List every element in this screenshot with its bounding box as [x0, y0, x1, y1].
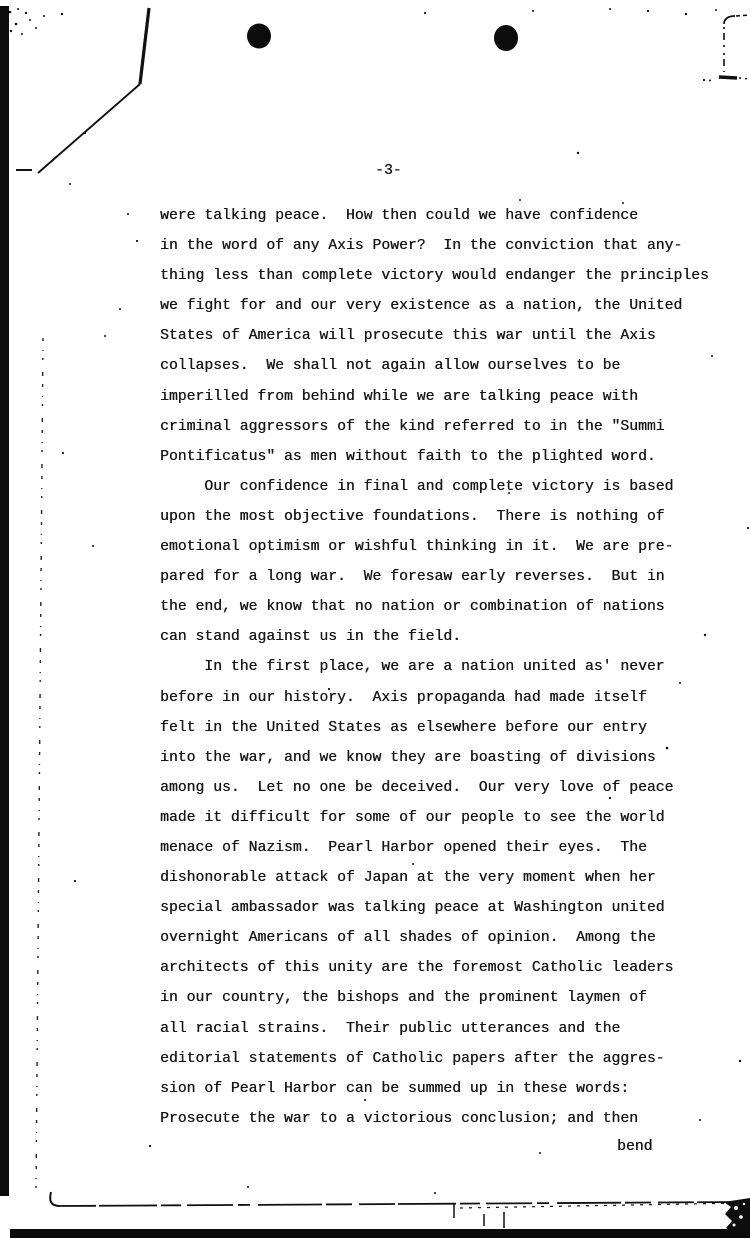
text-line: imperilled from behind while we are talk…	[160, 382, 709, 412]
text-line: made it difficult for some of our people…	[160, 803, 709, 833]
text-line: Our confidence in final and complete vic…	[160, 472, 709, 502]
text-line: the end, we know that no nation or combi…	[160, 592, 709, 622]
text-line: before in our history. Axis propaganda h…	[160, 683, 709, 713]
text-line: among us. Let no one be deceived. Our ve…	[160, 773, 709, 803]
text-line: criminal aggressors of the kind referred…	[160, 412, 709, 442]
crease-line-diagonal	[38, 84, 140, 173]
fold-dotted-line	[36, 338, 43, 1192]
text-line: States of America will prosecute this wa…	[160, 321, 709, 351]
text-line: upon the most objective foundations. The…	[160, 502, 709, 532]
text-line: editorial statements of Catholic papers …	[160, 1044, 709, 1074]
hole-punch-left	[247, 24, 271, 49]
text-line: were talking peace. How then could we ha…	[160, 201, 709, 231]
text-line: into the war, and we know they are boast…	[160, 743, 709, 773]
bottom-crease-line	[50, 1192, 744, 1228]
text-line: Prosecute the war to a victorious conclu…	[160, 1104, 709, 1134]
text-line: pared for a long war. We foresaw early r…	[160, 562, 709, 592]
text-line: can stand against us in the field.	[160, 622, 709, 652]
hole-punch-right	[494, 25, 518, 51]
text-line: collapses. We shall not again allow ours…	[160, 351, 709, 381]
text-line: felt in the United States as elsewhere b…	[160, 713, 709, 743]
text-line: in our country, the bishops and the prom…	[160, 983, 709, 1013]
text-line: Pontificatus" as men without faith to th…	[160, 442, 709, 472]
text-line: menace of Nazism. Pearl Harbor opened th…	[160, 833, 709, 863]
text-line: we fight for and our very existence as a…	[160, 291, 709, 321]
text-line: all racial strains. Their public utteran…	[160, 1014, 709, 1044]
crease-line-vertical	[140, 8, 149, 84]
corner-blob-mark	[724, 1198, 750, 1233]
corner-bracket-mark	[703, 15, 750, 82]
text-line: architects of this unity are the foremos…	[160, 953, 709, 983]
text-line: special ambassador was talking peace at …	[160, 893, 709, 923]
bottom-edge-scan-bar	[10, 1229, 750, 1238]
text-line: thing less than complete victory would e…	[160, 261, 709, 291]
page-number: -3-	[375, 163, 402, 179]
text-line: in the word of any Axis Power? In the co…	[160, 231, 709, 261]
left-edge-scan-bar	[0, 6, 9, 1196]
scanned-document-page: -3- were talking peace. How then could w…	[0, 0, 750, 1238]
text-line: sion of Pearl Harbor can be summed up in…	[160, 1074, 709, 1104]
text-line: dishonorable attack of Japan at the very…	[160, 863, 709, 893]
text-line: emotional optimism or wishful thinking i…	[160, 532, 709, 562]
text-line: In the first place, we are a nation unit…	[160, 652, 709, 682]
text-line: overnight Americans of all shades of opi…	[160, 923, 709, 953]
catchword: bend	[617, 1139, 652, 1155]
document-body-text: were talking peace. How then could we ha…	[160, 201, 709, 1134]
